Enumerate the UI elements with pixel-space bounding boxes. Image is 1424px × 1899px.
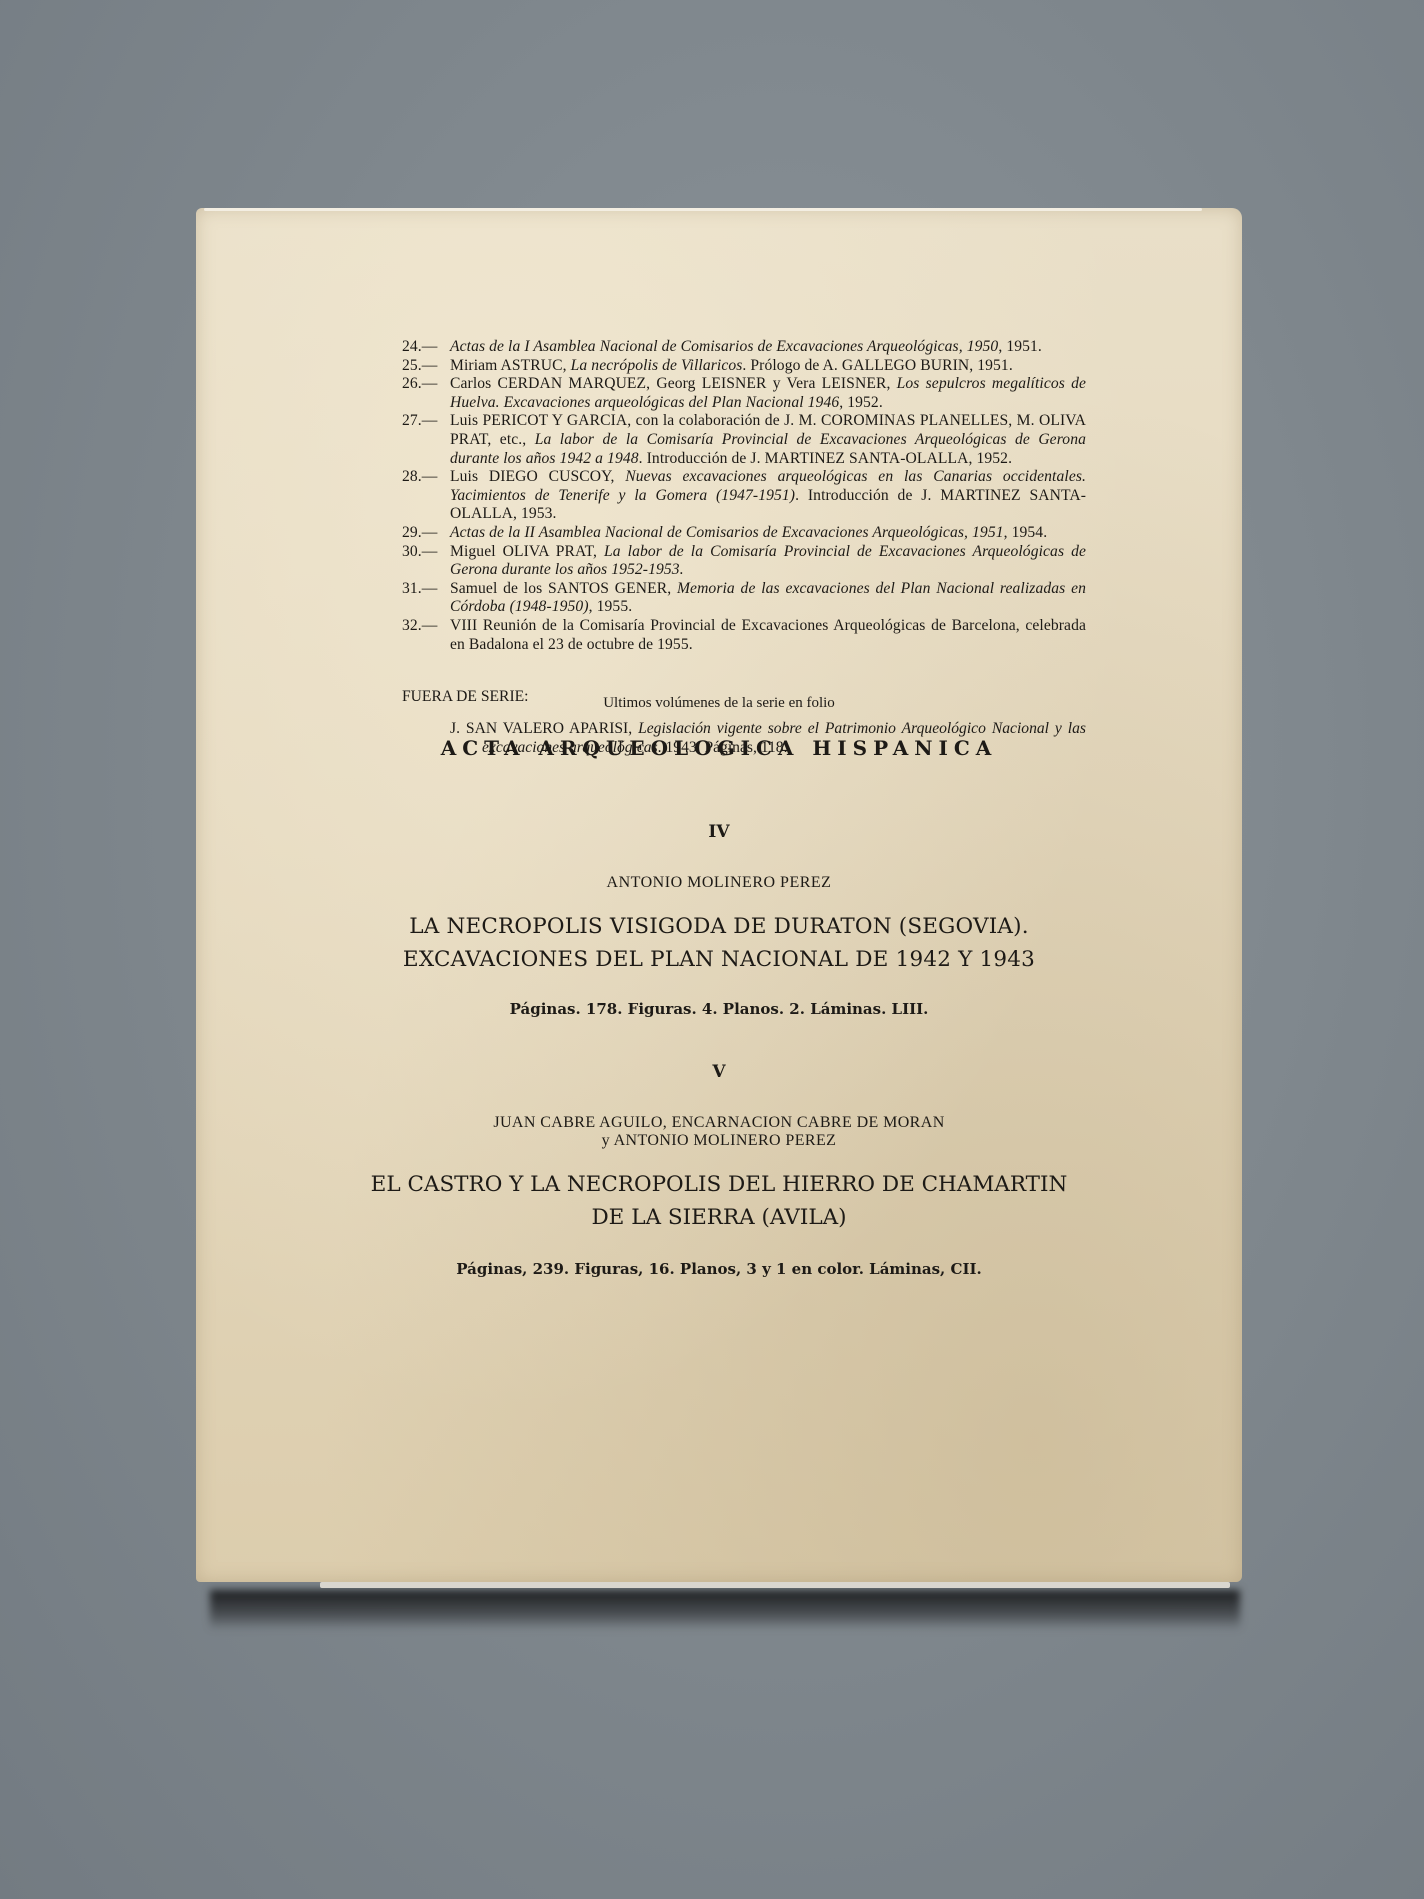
entry-number: 25.— bbox=[402, 357, 450, 376]
list-item: 25.—Miriam ASTRUC, La necrópolis de Vill… bbox=[402, 357, 1086, 376]
series-title: ACTA ARQUEOLOGICA HISPANICA bbox=[196, 736, 1242, 760]
list-item: 31.—Samuel de los SANTOS GENER, Memoria … bbox=[402, 580, 1086, 617]
entry-number: 26.— bbox=[402, 375, 450, 394]
volume-meta: Páginas, 239. Figuras, 16. Planos, 3 y 1… bbox=[196, 1260, 1242, 1278]
list-item: 32.—VIII Reunión de la Comisaría Provinc… bbox=[402, 617, 1086, 654]
entry-number: 27.— bbox=[402, 412, 450, 431]
volume-numeral: V bbox=[196, 1062, 1242, 1082]
entry-number: 30.— bbox=[402, 543, 450, 562]
list-item: 27.—Luis PERICOT Y GARCIA, con la colabo… bbox=[402, 412, 1086, 468]
entry-number: 32.— bbox=[402, 617, 450, 636]
entry-number: 31.— bbox=[402, 580, 450, 599]
list-item: 29.—Actas de la II Asamblea Nacional de … bbox=[402, 524, 1086, 543]
volume-meta: Páginas. 178. Figuras. 4. Planos. 2. Lám… bbox=[196, 1000, 1242, 1018]
folio-kicker: Ultimos volúmenes de la serie en folio bbox=[196, 695, 1242, 712]
volume-numeral: IV bbox=[196, 822, 1242, 842]
volume-author: JUAN CABRE AGUILO, ENCARNACION CABRE DE … bbox=[196, 1114, 1242, 1150]
inner-pages-edge bbox=[320, 1582, 1230, 1588]
list-item: 30.—Miguel OLIVA PRAT, La labor de la Co… bbox=[402, 543, 1086, 580]
list-item: 24.—Actas de la I Asamblea Nacional de C… bbox=[402, 338, 1086, 357]
volume-title: EL CASTRO Y LA NECROPOLIS DEL HIERRO DE … bbox=[196, 1168, 1242, 1234]
volume-author: ANTONIO MOLINERO PEREZ bbox=[196, 874, 1242, 892]
booklet-back-cover: 24.—Actas de la I Asamblea Nacional de C… bbox=[196, 208, 1242, 1582]
booklet-shadow bbox=[210, 1590, 1240, 1630]
list-item: 26.—Carlos CERDAN MARQUEZ, Georg LEISNER… bbox=[402, 375, 1086, 412]
entry-number: 24.— bbox=[402, 338, 450, 357]
entry-number: 28.— bbox=[402, 468, 450, 487]
volume-title: LA NECROPOLIS VISIGODA DE DURATON (SEGOV… bbox=[196, 910, 1242, 976]
list-item: 28.—Luis DIEGO CUSCOY, Nuevas excavacion… bbox=[402, 468, 1086, 524]
entry-number: 29.— bbox=[402, 524, 450, 543]
entries-list: 24.—Actas de la I Asamblea Nacional de C… bbox=[402, 338, 1086, 654]
